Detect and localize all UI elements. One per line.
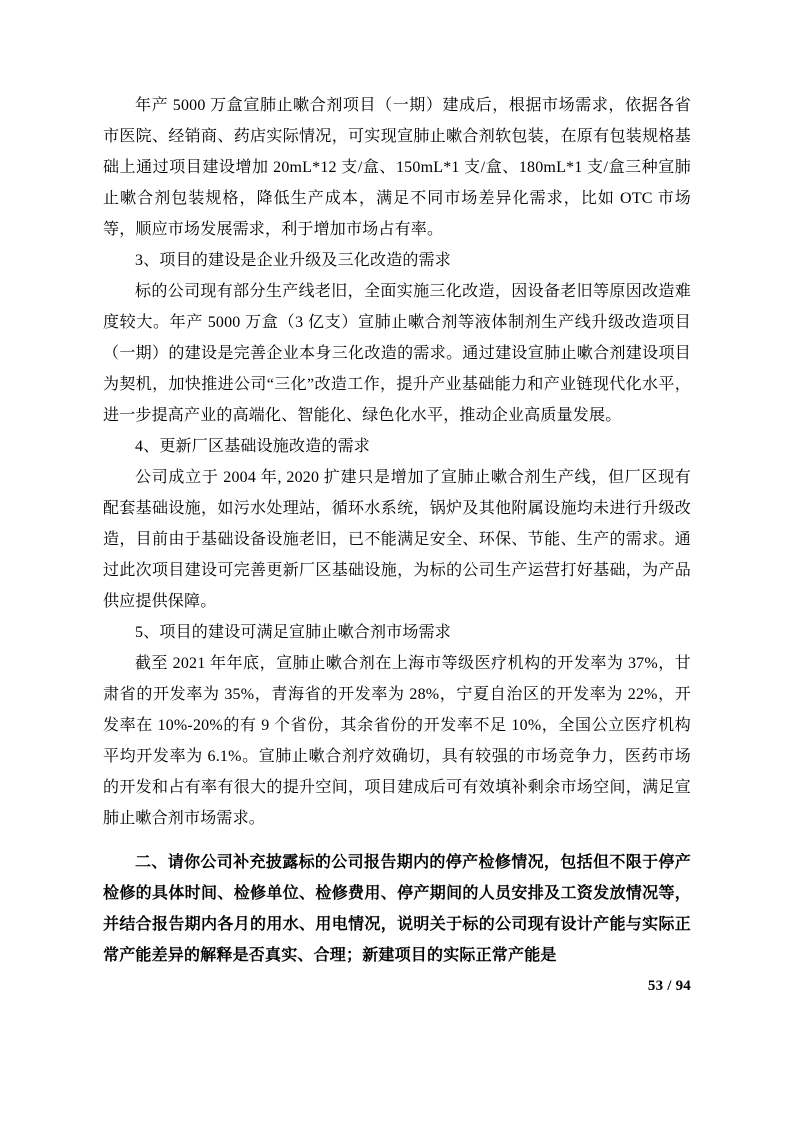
page-number: 53 / 94 — [103, 971, 691, 1002]
heading-section-5: 5、项目的建设可满足宣肺止嗽合剂市场需求 — [103, 617, 691, 648]
paragraph-packaging-expansion: 年产 5000 万盒宣肺止嗽合剂项目（一期）建成后，根据市场需求，依据各省市医院… — [103, 90, 691, 245]
paragraph-section-4-infrastructure-need: 公司成立于 2004 年, 2020 扩建只是增加了宣肺止嗽合剂生产线，但厂区现… — [103, 462, 691, 617]
document-page: 年产 5000 万盒宣肺止嗽合剂项目（一期）建成后，根据市场需求，依据各省市医院… — [0, 0, 793, 1122]
heading-section-3: 3、项目的建设是企业升级及三化改造的需求 — [103, 245, 691, 276]
paragraph-section-3-upgrade-need: 标的公司现有部分生产线老旧，全面实施三化改造，因设备老旧等原因改造难度较大。年产… — [103, 276, 691, 431]
document-text-block: 年产 5000 万盒宣肺止嗽合剂项目（一期）建成后，根据市场需求，依据各省市医院… — [103, 90, 691, 1002]
paragraph-inquiry-question-2: 二、请你公司补充披露标的公司报告期内的停产检修情况，包括但不限于停产检修的具体时… — [103, 847, 691, 971]
paragraph-section-5-market-demand: 截至 2021 年年底，宣肺止嗽合剂在上海市等级医疗机构的开发率为 37%，甘肃… — [103, 648, 691, 834]
heading-section-4: 4、更新厂区基础设施改造的需求 — [103, 431, 691, 462]
